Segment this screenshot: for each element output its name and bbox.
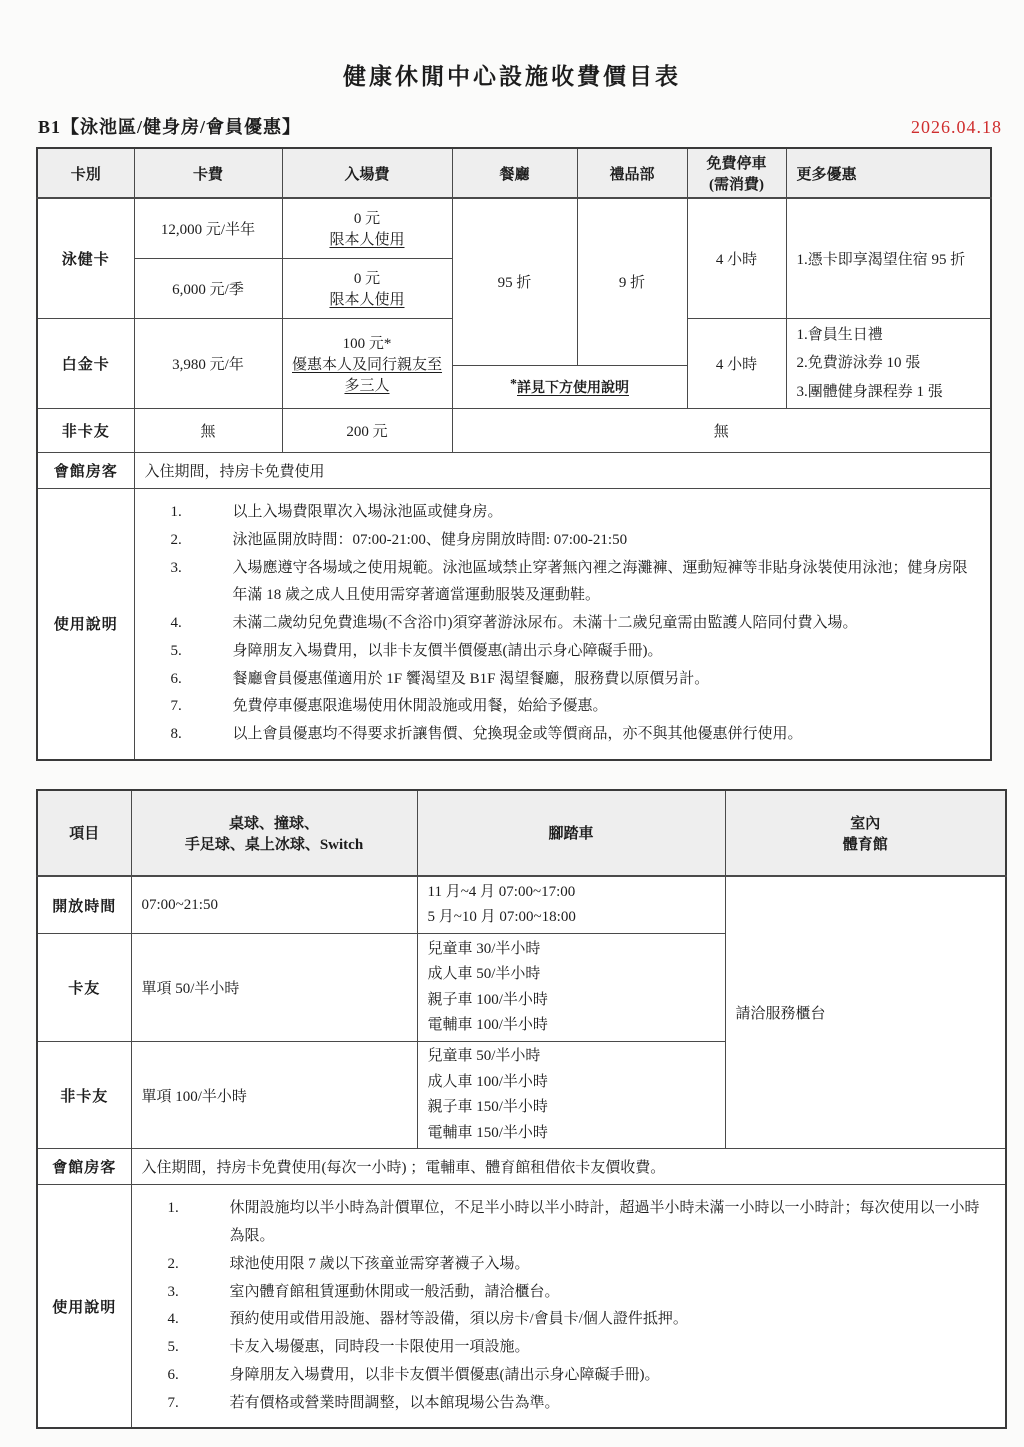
swim-card-entry-fee-1: 0 元 限本人使用 xyxy=(282,198,452,258)
non-member-row: 非卡友 無 200 元 無 xyxy=(37,409,991,453)
platinum-card-parking: 4 小時 xyxy=(687,318,786,409)
swim-card-benefit: 1.憑卡即享渴望住宿 95 折 xyxy=(786,198,991,318)
usage-notes-list: 1.以上入場費限單次入場泳池區或健身房。 2.泳池區開放時間：07:00-21:… xyxy=(141,491,985,757)
platinum-card-fee: 3,980 元/年 xyxy=(134,318,282,409)
col-header-entry-fee: 入場費 xyxy=(282,148,452,198)
non-member-others: 無 xyxy=(452,409,991,453)
usage-note-item: 4.預約使用或借用設施、器材等設備，須以房卡/會員卡/個人證件抵押。 xyxy=(168,1306,990,1334)
usage-note-item: 3.室內體育館租賃運動休閒或一般活動，請洽櫃台。 xyxy=(168,1279,990,1307)
col-header-card-type: 卡別 xyxy=(37,148,134,198)
swim-card-fee-quarter: 6,000 元/季 xyxy=(134,258,282,318)
usage-note-item: 7.免費停車優惠限進場使用休閒設施或用餐，始給予優惠。 xyxy=(171,693,975,721)
gym-info: 請洽服務櫃台 xyxy=(725,876,1006,1149)
col-header-item: 項目 xyxy=(37,790,131,876)
leisure-facility-pricing-table: 項目 桌球、撞球、 手足球、桌上冰球、Switch 腳踏車 室內 體育館 開放時… xyxy=(36,789,1007,1430)
swim-card-label: 泳健卡 xyxy=(37,198,134,318)
platinum-card-entry-fee: 100 元* 優惠本人及同行親友至多三人 xyxy=(282,318,452,409)
non-member-games-price: 單項 100/半小時 xyxy=(131,1042,417,1149)
member-bike-prices: 兒童車 30/半小時 成人車 50/半小時 親子車 100/半小時 電輔車 10… xyxy=(417,934,725,1042)
usage-note-item: 6.餐廳會員優惠僅適用於 1F 饗渴望及 B1F 渴望餐廳，服務費以原價另計。 xyxy=(171,666,975,694)
usage-note-item: 2.球池使用限 7 歲以下孩童並需穿著襪子入場。 xyxy=(168,1251,990,1279)
table1-header-row: 卡別 卡費 入場費 餐廳 禮品部 免費停車 (需消費) 更多優惠 xyxy=(37,148,991,198)
swim-card-fee-half-year: 12,000 元/半年 xyxy=(134,198,282,258)
usage-note-item: 6.身障朋友入場費用，以非卡友價半價優惠(請出示身心障礙手冊)。 xyxy=(168,1362,990,1390)
hotel-guest-label: 會館房客 xyxy=(37,453,134,489)
gift-shop-discount: 9 折 xyxy=(577,198,687,365)
document-date: 2026.04.18 xyxy=(911,117,1002,138)
usage-notes-row: 使用說明 1.以上入場費限單次入場泳池區或健身房。 2.泳池區開放時間：07:0… xyxy=(37,489,991,760)
section-label: B1【泳池區/健身房/會員優惠】 xyxy=(38,113,301,139)
col-header-benefits: 更多優惠 xyxy=(786,148,991,198)
platinum-card-benefits: 1.會員生日禮 2.免費游泳券 10 張 3.團體健身課程券 1 張 xyxy=(786,318,991,409)
open-hours-label: 開放時間 xyxy=(37,876,131,934)
hotel-guest-label: 會館房客 xyxy=(37,1149,131,1185)
non-member-label: 非卡友 xyxy=(37,409,134,453)
usage-notes-cell: 1.休閒設施均以半小時為計價單位，不足半小時以半小時計，超過半小時未滿一小時以一… xyxy=(131,1185,1006,1429)
asterisk-mark: * xyxy=(510,377,517,392)
entry-fee-note: 限本人使用 xyxy=(289,228,446,249)
col-header-card-fee: 卡費 xyxy=(134,148,282,198)
usage-note-item: 5.身障朋友入場費用，以非卡友價半價優惠(請出示身心障礙手冊)。 xyxy=(171,638,975,666)
see-usage-note-text: 詳見下方使用說明 xyxy=(517,381,629,396)
platinum-card-label: 白金卡 xyxy=(37,318,134,409)
hotel-guest-text: 入住期間，持房卡免費使用 xyxy=(134,453,991,489)
usage-note-item: 5.卡友入場優惠，同時段一卡限使用一項設施。 xyxy=(168,1334,990,1362)
entry-fee-amount: 100 元* xyxy=(289,332,446,353)
non-member-bike-prices: 兒童車 50/半小時 成人車 100/半小時 親子車 150/半小時 電輔車 1… xyxy=(417,1042,725,1149)
member-label: 卡友 xyxy=(37,934,131,1042)
usage-note-item: 7.若有價格或營業時間調整，以本館現場公告為準。 xyxy=(168,1390,990,1418)
entry-fee-amount: 0 元 xyxy=(289,267,446,288)
entry-fee-note: 優惠本人及同行親友至多三人 xyxy=(292,353,442,395)
non-member-entry-fee: 200 元 xyxy=(282,409,452,453)
usage-notes-label: 使用說明 xyxy=(37,1185,131,1429)
col-header-games: 桌球、撞球、 手足球、桌上冰球、Switch xyxy=(131,790,417,876)
usage-notes-list: 1.休閒設施均以半小時為計價單位，不足半小時以半小時計，超過半小時未滿一小時以一… xyxy=(138,1187,1000,1425)
pool-gym-pricing-table: 卡別 卡費 入場費 餐廳 禮品部 免費停車 (需消費) 更多優惠 泳健卡 12,… xyxy=(36,147,992,761)
usage-note-item: 8.以上會員優惠均不得要求折讓售價、兌換現金或等價商品，亦不與其他優惠併行使用。 xyxy=(171,721,975,749)
col-header-restaurant: 餐廳 xyxy=(452,148,577,198)
table2-header-row: 項目 桌球、撞球、 手足球、桌上冰球、Switch 腳踏車 室內 體育館 xyxy=(37,790,1006,876)
col-header-parking: 免費停車 (需消費) xyxy=(687,148,786,198)
swim-card-entry-fee-2: 0 元 限本人使用 xyxy=(282,258,452,318)
see-usage-note-cell: *詳見下方使用說明 xyxy=(452,365,687,408)
games-hours: 07:00~21:50 xyxy=(131,876,417,934)
col-header-gift-shop: 禮品部 xyxy=(577,148,687,198)
usage-note-item: 3.入場應遵守各場域之使用規範。泳池區域禁止穿著無內裡之海灘褲、運動短褲等非貼身… xyxy=(171,555,975,611)
entry-fee-amount: 0 元 xyxy=(289,207,446,228)
restaurant-discount: 95 折 xyxy=(452,198,577,365)
member-games-price: 單項 50/半小時 xyxy=(131,934,417,1042)
entry-fee-note: 限本人使用 xyxy=(289,288,446,309)
hotel-guest-text: 入住期間，持房卡免費使用(每次一小時) ；電輔車、體育館租借依卡友價收費。 xyxy=(131,1149,1006,1185)
usage-notes-cell: 1.以上入場費限單次入場泳池區或健身房。 2.泳池區開放時間：07:00-21:… xyxy=(134,489,991,760)
usage-note-item: 2.泳池區開放時間：07:00-21:00、健身房開放時間: 07:00-21:… xyxy=(171,527,975,555)
usage-note-item: 1.以上入場費限單次入場泳池區或健身房。 xyxy=(171,499,975,527)
section-header: B1【泳池區/健身房/會員優惠】 2026.04.18 xyxy=(38,113,1002,139)
usage-note-item: 1.休閒設施均以半小時為計價單位，不足半小時以半小時計，超過半小時未滿一小時以一… xyxy=(168,1195,990,1251)
non-member-label: 非卡友 xyxy=(37,1042,131,1149)
bike-hours: 11 月~4 月 07:00~17:00 5 月~10 月 07:00~18:0… xyxy=(417,876,725,934)
usage-notes-row: 使用說明 1.休閒設施均以半小時為計價單位，不足半小時以半小時計，超過半小時未滿… xyxy=(37,1185,1006,1429)
swim-card-row-1: 泳健卡 12,000 元/半年 0 元 限本人使用 95 折 9 折 4 小時 … xyxy=(37,198,991,258)
col-header-bike: 腳踏車 xyxy=(417,790,725,876)
page-title: 健康休閒中心設施收費價目表 xyxy=(0,0,1024,91)
col-header-gym: 室內 體育館 xyxy=(725,790,1006,876)
non-member-fee: 無 xyxy=(134,409,282,453)
hotel-guest-row: 會館房客 入住期間，持房卡免費使用 xyxy=(37,453,991,489)
usage-notes-label: 使用說明 xyxy=(37,489,134,760)
open-hours-row: 開放時間 07:00~21:50 11 月~4 月 07:00~17:00 5 … xyxy=(37,876,1006,934)
usage-note-item: 4.未滿二歲幼兒免費進場(不含浴巾)須穿著游泳尿布。未滿十二歲兒童需由監護人陪同… xyxy=(171,610,975,638)
hotel-guest-row: 會館房客 入住期間，持房卡免費使用(每次一小時) ；電輔車、體育館租借依卡友價收… xyxy=(37,1149,1006,1185)
swim-card-parking: 4 小時 xyxy=(687,198,786,318)
